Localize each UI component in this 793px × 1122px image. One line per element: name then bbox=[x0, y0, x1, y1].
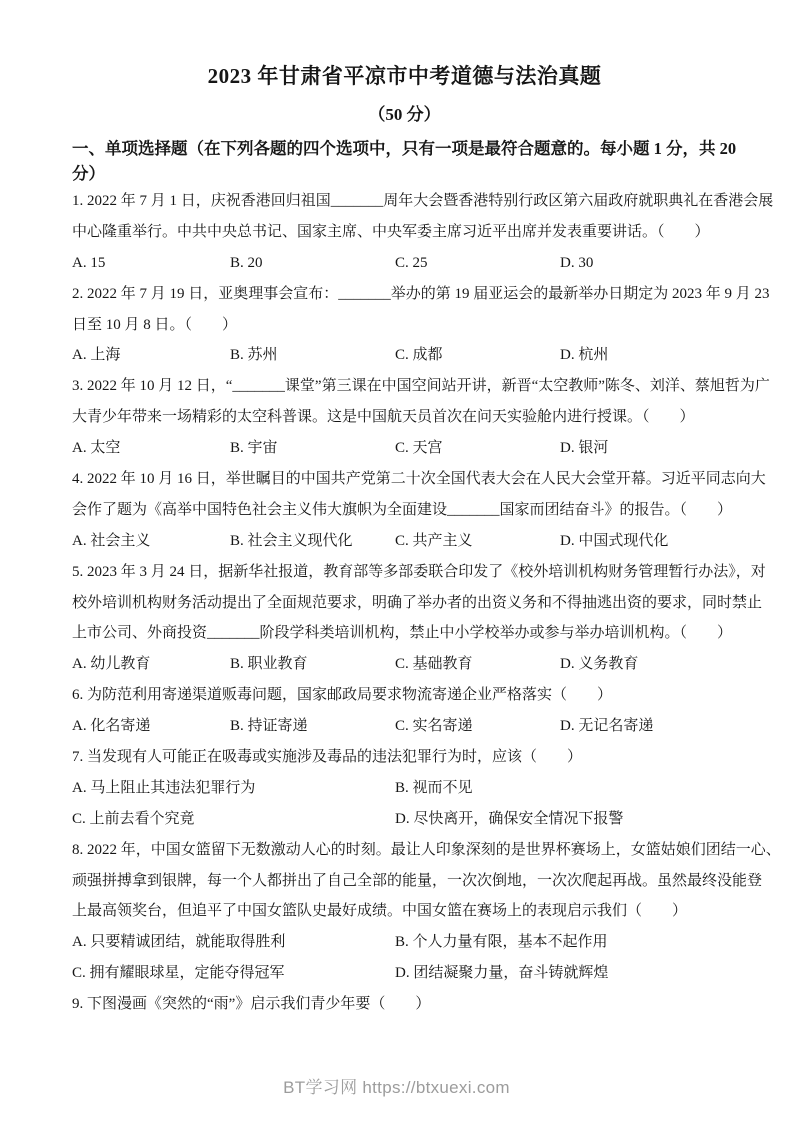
question-4-option-d: D. 中国式现代化 bbox=[560, 526, 737, 557]
question-1-option-b: B. 20 bbox=[230, 248, 395, 279]
question-5-options: A. 幼儿教育 B. 职业教育 C. 基础教育 D. 义务教育 bbox=[72, 649, 737, 680]
question-9: 9. 下图漫画《突然的“雨”》启示我们青少年要（ ） bbox=[72, 989, 737, 1020]
question-1-text-line-2: 中心隆重举行。中共中央总书记、国家主席、中央军委主席习近平出席并发表重要讲话。（… bbox=[72, 217, 737, 248]
question-2-option-a: A. 上海 bbox=[72, 340, 230, 371]
exam-document-page: 2023 年甘肃省平凉市中考道德与法治真题 （50 分） 一、单项选择题（在下列… bbox=[0, 0, 793, 1122]
question-7-option-c: C. 上前去看个究竟 bbox=[72, 804, 395, 835]
question-9-text-line-1: 9. 下图漫画《突然的“雨”》启示我们青少年要（ ） bbox=[72, 989, 737, 1020]
question-4-options: A. 社会主义 B. 社会主义现代化 C. 共产主义 D. 中国式现代化 bbox=[72, 526, 737, 557]
question-1-options: A. 15 B. 20 C. 25 D. 30 bbox=[72, 248, 737, 279]
question-7-option-a: A. 马上阻止其违法犯罪行为 bbox=[72, 773, 395, 804]
question-1-option-d: D. 30 bbox=[560, 248, 737, 279]
question-7-option-b: B. 视而不见 bbox=[395, 773, 737, 804]
question-6-option-b: B. 持证寄递 bbox=[230, 711, 395, 742]
question-3: 3. 2022 年 10 月 12 日，“_______课堂”第三课在中国空间站… bbox=[72, 371, 737, 464]
question-2: 2. 2022 年 7 月 19 日，亚奥理事会宣布：_______举办的第 1… bbox=[72, 279, 737, 372]
question-3-text-line-2: 大青少年带来一场精彩的太空科普课。这是中国航天员首次在问天实验舱内进行授课。（ … bbox=[72, 402, 737, 433]
question-3-options: A. 太空 B. 宇宙 C. 天宫 D. 银河 bbox=[72, 433, 737, 464]
question-4-option-c: C. 共产主义 bbox=[395, 526, 560, 557]
question-1: 1. 2022 年 7 月 1 日，庆祝香港回归祖国_______周年大会暨香港… bbox=[72, 186, 737, 279]
question-7-option-d: D. 尽快离开，确保安全情况下报警 bbox=[395, 804, 737, 835]
section-heading: 一、单项选择题（在下列各题的四个选项中，只有一项是最符合题意的。每小题 1 分，… bbox=[72, 136, 737, 186]
question-2-option-b: B. 苏州 bbox=[230, 340, 395, 371]
question-4-text-line-2: 会作了题为《高举中国特色社会主义伟大旗帜为全面建设_______国家而团结奋斗》… bbox=[72, 495, 737, 526]
question-5-option-a: A. 幼儿教育 bbox=[72, 649, 230, 680]
question-8-option-c: C. 拥有耀眼球星，定能夺得冠军 bbox=[72, 958, 395, 989]
question-5-text-line-2: 校外培训机构财务活动提出了全面规范要求，明确了举办者的出资义务和不得抽逃出资的要… bbox=[72, 588, 737, 619]
question-3-option-a: A. 太空 bbox=[72, 433, 230, 464]
question-8-option-d: D. 团结凝聚力量，奋斗铸就辉煌 bbox=[395, 958, 737, 989]
question-7: 7. 当发现有人可能正在吸毒或实施涉及毒品的违法犯罪行为时，应该（ ） A. 马… bbox=[72, 742, 737, 835]
question-6-options: A. 化名寄递 B. 持证寄递 C. 实名寄递 D. 无记名寄递 bbox=[72, 711, 737, 742]
question-2-option-d: D. 杭州 bbox=[560, 340, 737, 371]
question-8-options-row-1: A. 只要精诚团结，就能取得胜利 B. 个人力量有限，基本不起作用 bbox=[72, 927, 737, 958]
document-subtitle: （50 分） bbox=[72, 104, 737, 126]
question-8: 8. 2022 年，中国女篮留下无数激动人心的时刻。最让人印象深刻的是世界杯赛场… bbox=[72, 835, 737, 989]
question-2-option-c: C. 成都 bbox=[395, 340, 560, 371]
question-7-text-line-1: 7. 当发现有人可能正在吸毒或实施涉及毒品的违法犯罪行为时，应该（ ） bbox=[72, 742, 737, 773]
question-5-text-line-1: 5. 2023 年 3 月 24 日，据新华社报道，教育部等多部委联合印发了《校… bbox=[72, 557, 737, 588]
question-6-option-c: C. 实名寄递 bbox=[395, 711, 560, 742]
question-6-option-d: D. 无记名寄递 bbox=[560, 711, 737, 742]
question-8-text-line-1: 8. 2022 年，中国女篮留下无数激动人心的时刻。最让人印象深刻的是世界杯赛场… bbox=[72, 835, 737, 866]
section-heading-line-1: 一、单项选择题（在下列各题的四个选项中，只有一项是最符合题意的。每小题 1 分，… bbox=[72, 136, 737, 161]
question-8-option-a: A. 只要精诚团结，就能取得胜利 bbox=[72, 927, 395, 958]
question-6: 6. 为防范利用寄递渠道贩毒问题，国家邮政局要求物流寄递企业严格落实（ ） A.… bbox=[72, 680, 737, 742]
document-title: 2023 年甘肃省平凉市中考道德与法治真题 bbox=[72, 60, 737, 92]
watermark-footer: BT学习网 https://btxuexi.com bbox=[0, 1073, 793, 1098]
question-1-option-a: A. 15 bbox=[72, 248, 230, 279]
question-4-option-a: A. 社会主义 bbox=[72, 526, 230, 557]
section-heading-line-2: 分） bbox=[72, 161, 737, 186]
question-5-option-c: C. 基础教育 bbox=[395, 649, 560, 680]
question-2-text-line-2: 日至 10 月 8 日。（ ） bbox=[72, 310, 737, 341]
question-4-text-line-1: 4. 2022 年 10 月 16 日，举世瞩目的中国共产党第二十次全国代表大会… bbox=[72, 464, 737, 495]
question-6-text-line-1: 6. 为防范利用寄递渠道贩毒问题，国家邮政局要求物流寄递企业严格落实（ ） bbox=[72, 680, 737, 711]
question-7-options-row-2: C. 上前去看个究竟 D. 尽快离开，确保安全情况下报警 bbox=[72, 804, 737, 835]
question-6-option-a: A. 化名寄递 bbox=[72, 711, 230, 742]
question-2-text-line-1: 2. 2022 年 7 月 19 日，亚奥理事会宣布：_______举办的第 1… bbox=[72, 279, 737, 310]
question-5-text-line-3: 上市公司、外商投资_______阶段学科类培训机构，禁止中小学校举办或参与举办培… bbox=[72, 618, 737, 649]
question-2-options: A. 上海 B. 苏州 C. 成都 D. 杭州 bbox=[72, 340, 737, 371]
question-5: 5. 2023 年 3 月 24 日，据新华社报道，教育部等多部委联合印发了《校… bbox=[72, 557, 737, 681]
document-content: 2023 年甘肃省平凉市中考道德与法治真题 （50 分） 一、单项选择题（在下列… bbox=[72, 60, 737, 1020]
question-1-option-c: C. 25 bbox=[395, 248, 560, 279]
question-4: 4. 2022 年 10 月 16 日，举世瞩目的中国共产党第二十次全国代表大会… bbox=[72, 464, 737, 557]
question-5-option-d: D. 义务教育 bbox=[560, 649, 737, 680]
question-3-text-line-1: 3. 2022 年 10 月 12 日，“_______课堂”第三课在中国空间站… bbox=[72, 371, 737, 402]
question-7-options-row-1: A. 马上阻止其违法犯罪行为 B. 视而不见 bbox=[72, 773, 737, 804]
question-5-option-b: B. 职业教育 bbox=[230, 649, 395, 680]
question-8-text-line-2: 顽强拼搏拿到银牌，每一个人都拼出了自己全部的能量，一次次倒地，一次次爬起再战。虽… bbox=[72, 866, 737, 897]
question-8-option-b: B. 个人力量有限，基本不起作用 bbox=[395, 927, 737, 958]
question-3-option-c: C. 天宫 bbox=[395, 433, 560, 464]
question-1-text-line-1: 1. 2022 年 7 月 1 日，庆祝香港回归祖国_______周年大会暨香港… bbox=[72, 186, 737, 217]
question-4-option-b: B. 社会主义现代化 bbox=[230, 526, 395, 557]
question-3-option-d: D. 银河 bbox=[560, 433, 737, 464]
question-8-text-line-3: 上最高领奖台，但追平了中国女篮队史最好成绩。中国女篮在赛场上的表现启示我们（ ） bbox=[72, 896, 737, 927]
question-3-option-b: B. 宇宙 bbox=[230, 433, 395, 464]
question-8-options-row-2: C. 拥有耀眼球星，定能夺得冠军 D. 团结凝聚力量，奋斗铸就辉煌 bbox=[72, 958, 737, 989]
